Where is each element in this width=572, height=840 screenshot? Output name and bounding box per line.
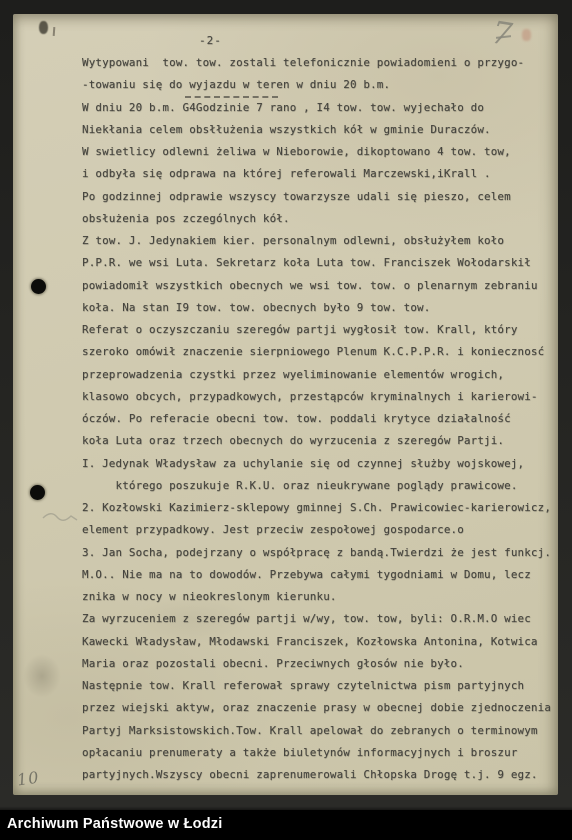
typed-line: obsłużenia pos zczególnych kół. [82,208,558,230]
typed-line: I. Jedynak Władysław za uchylanie się od… [82,453,558,475]
typed-line: opłacaniu prenumeraty a także biuletynów… [82,742,558,764]
typed-line: W dniu 20 b.m. G4Godzinie 7 rano , I4 to… [82,97,558,119]
typed-line: powiadomił wszystkich obecnych we wsi to… [82,275,558,297]
typed-line: W swietlicy odlewni żeliwa w Nieborowie,… [82,141,558,163]
paper-sheet: -2- 7 Wytypowani tow. tow. zostali telef… [13,14,558,795]
typed-text-block: Wytypowani tow. tow. zostali telefoniczn… [82,52,558,786]
scanned-document: -2- 7 Wytypowani tow. tow. zostali telef… [0,0,572,840]
pencil-squiggle [41,508,81,524]
archive-footer-bar: Archiwum Państwowe w Łodzi [0,810,572,840]
typed-line: koła. Na stan I9 tow. tow. obecnych było… [82,297,558,319]
punch-hole [30,485,45,500]
punch-hole [31,279,46,294]
typed-line: przez wiejski aktyw, oraz znaczenie pras… [82,697,558,719]
typed-line: P.P.R. we wsi Luta. Sekretarz koła Luta … [82,252,558,274]
typed-line: element przypadkowy. Jest przeciw zespoł… [82,519,558,541]
typed-line: -towaniu się do wyjazdu w teren w dniu 2… [82,74,558,96]
typed-line: i odbyła się odprawa na której referowal… [82,163,558,185]
archive-footer-label: Archiwum Państwowe w Łodzi [7,810,222,840]
typed-line: koła Luta oraz trzech obecnych do wyrzuc… [82,430,558,452]
typed-line: Partyj Marksistowskich.Tow. Krall apelow… [82,720,558,742]
typed-line: Z tow. J. Jedynakiem kier. personalnym o… [82,230,558,252]
handwritten-page-number: 10 [16,768,41,790]
typed-line: partyjnych.Wszyscy obecni zaprenumerowal… [82,764,558,786]
typed-line: Wytypowani tow. tow. zostali telefoniczn… [82,52,558,74]
typed-line: Za wyrzuceniem z szeregów partji w/wy, t… [82,608,558,630]
typed-line: Po godzinnej odprawie wszyscy towarzysze… [82,186,558,208]
typed-line: Kawecki Władysław, Młodawski Franciszek,… [82,631,558,653]
typed-line: Następnie tow. Krall referował sprawy cz… [82,675,558,697]
typed-line: Referat o oczyszczaniu szeregów partji w… [82,319,558,341]
page-number: -2- [199,34,222,47]
typed-line: przeprowadzenia czystki przez wyeliminow… [82,364,558,386]
typed-line: M.O.. Nie ma na to dowodów. Przebywa cał… [82,564,558,586]
red-ink-mark [522,29,531,41]
typed-line: Maria oraz pozostali obecni. Przeciwnych… [82,653,558,675]
typed-line: 2. Kozłowski Kazimierz-sklepowy gminnej … [82,497,558,519]
paper-stain [23,654,61,698]
typed-line: szeroko omówił znaczenie sierpniowego Pl… [82,341,558,363]
typed-line: 3. Jan Socha, podejrzany o współpracę z … [82,542,558,564]
typed-line: którego poszukuje R.K.U. oraz nieukrywan… [82,475,558,497]
typed-line: klasowo obcych, przypadkowych, przestąpc… [82,386,558,408]
ink-smudge [39,21,48,34]
typed-line: Niekłania celem obsłłużenia wszystkich k… [82,119,558,141]
typed-line: óczów. Po referacie obecni tow. tow. pod… [82,408,558,430]
ink-smudge [53,27,56,36]
typed-line: znika w nocy w nieokreslonym kierunku. [82,586,558,608]
